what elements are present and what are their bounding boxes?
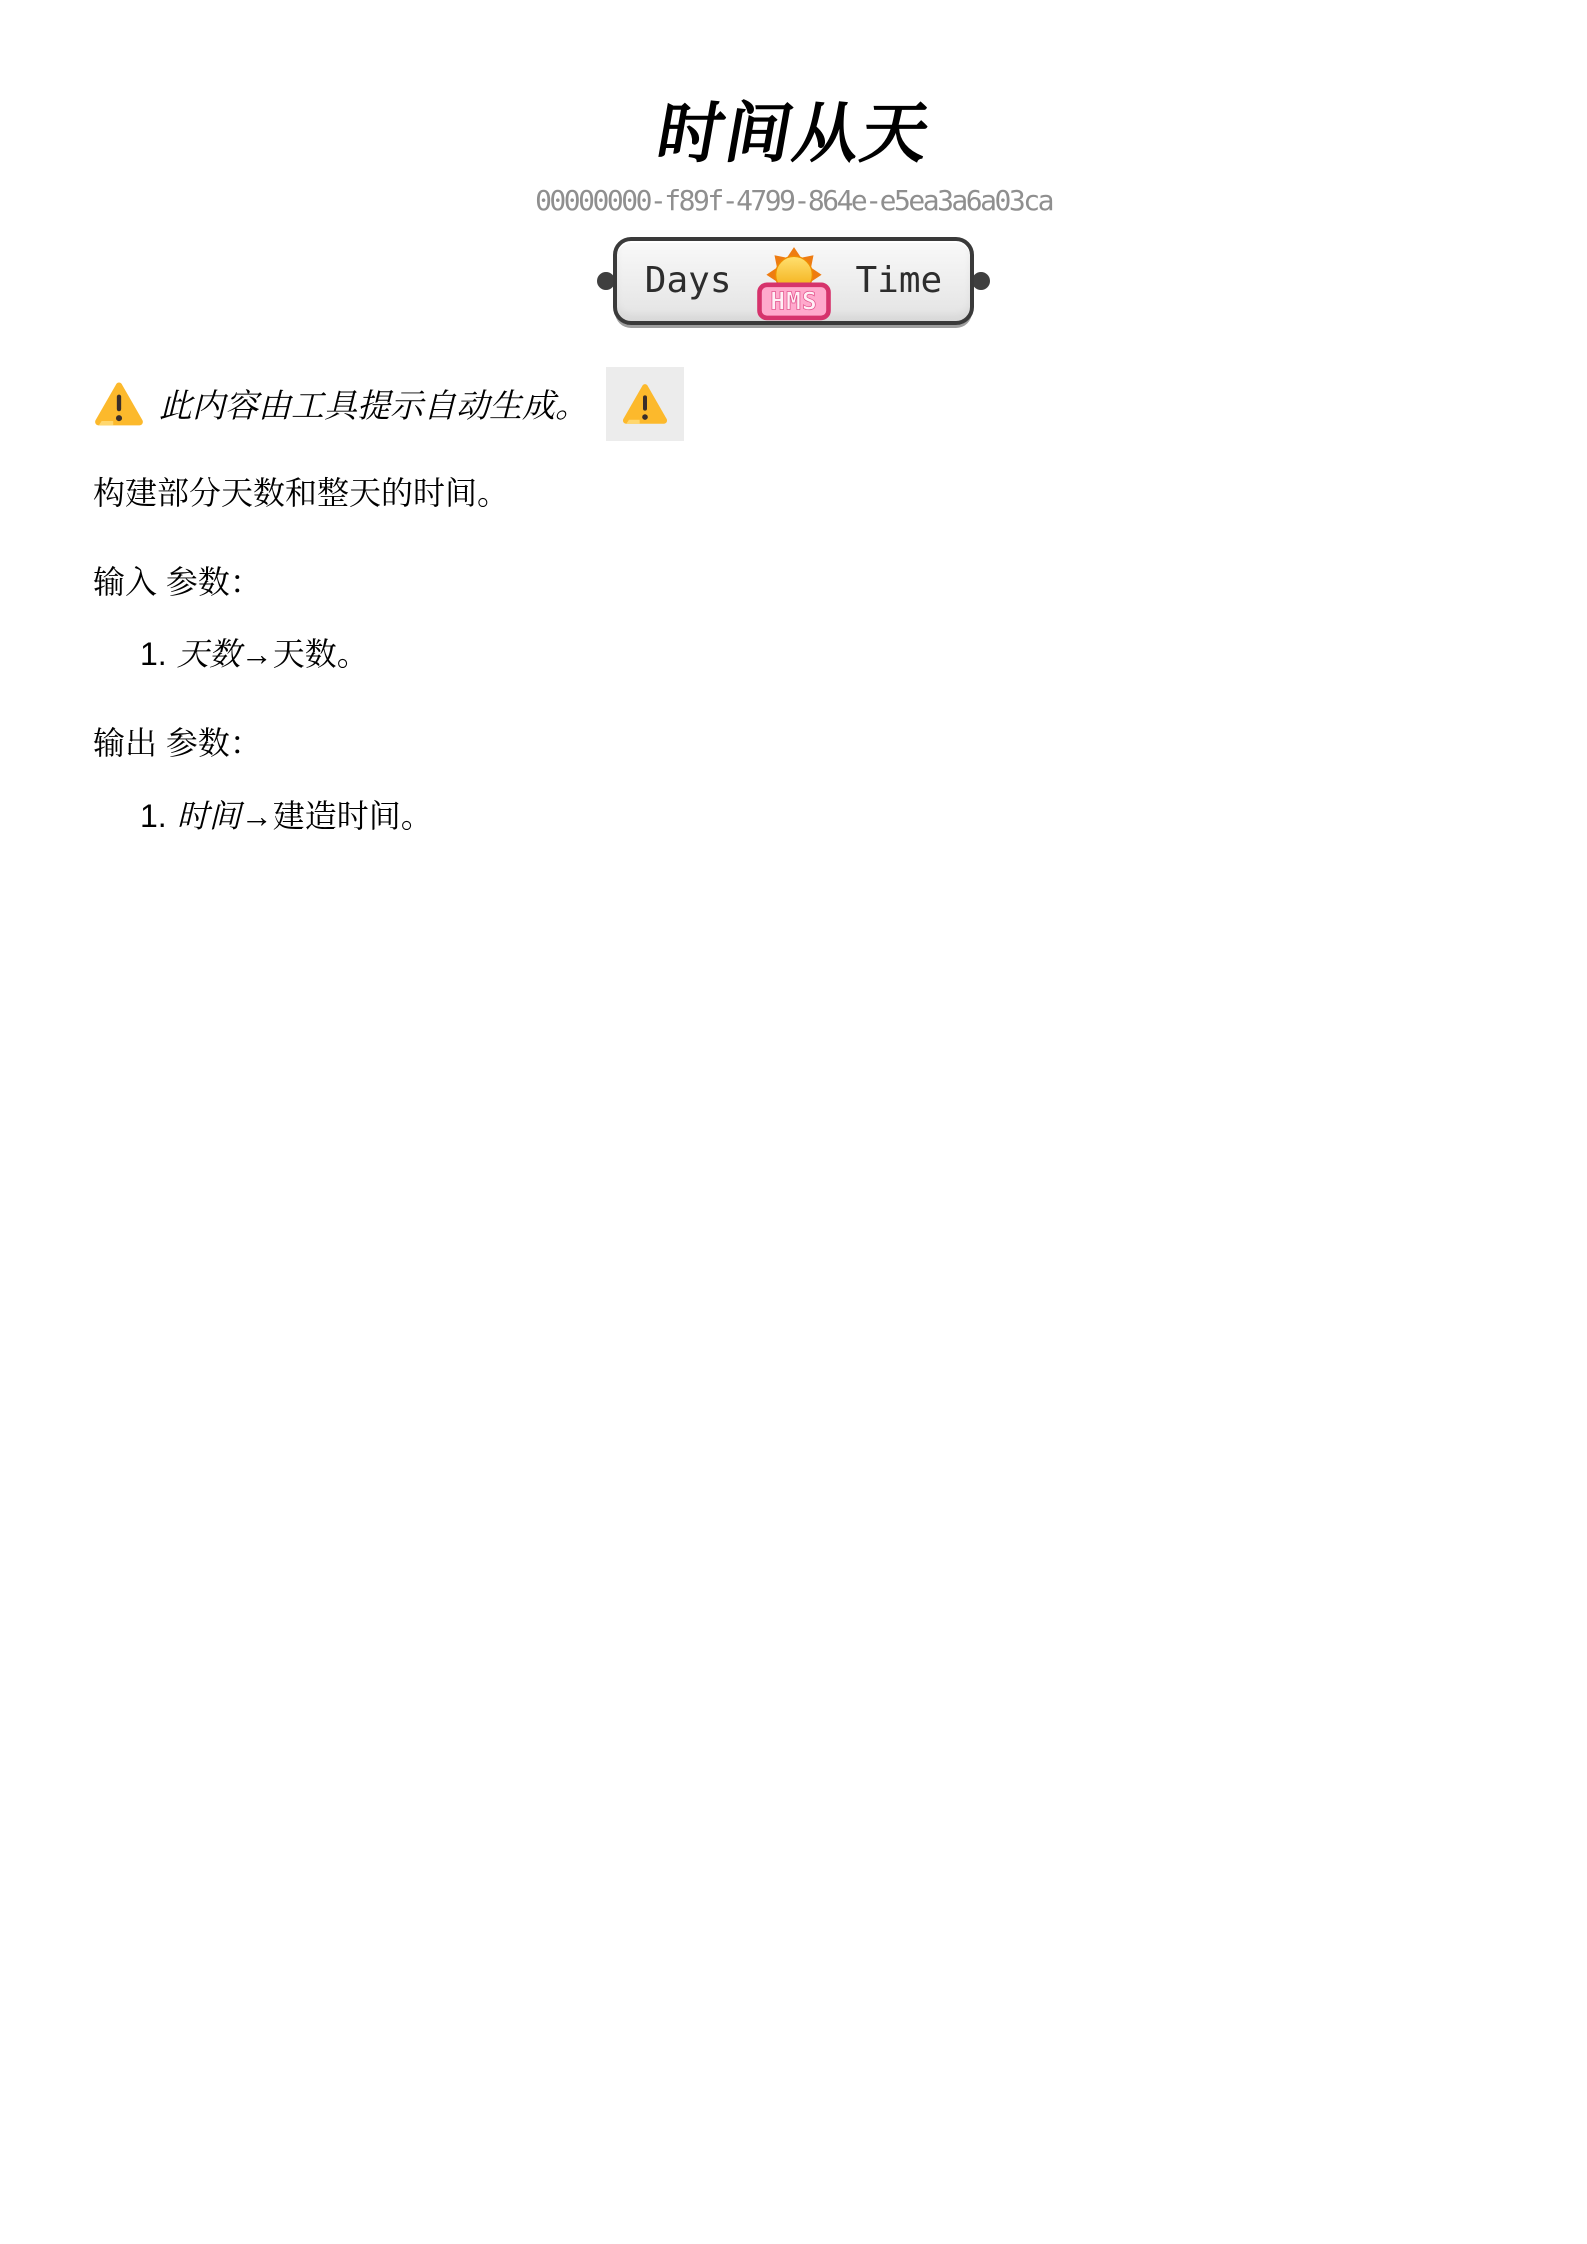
list-item: 1.时间→建造时间。 xyxy=(93,794,1494,839)
page-title: 时间从天 xyxy=(0,0,1587,172)
warning-text: 此内容由工具提示自动生成。 xyxy=(159,380,588,427)
output-params-list: 1.时间→建造时间。 xyxy=(93,794,1494,839)
input-port-label: Days xyxy=(645,260,732,301)
component-figure: Days HMS Time xyxy=(0,237,1587,325)
grasshopper-component: Days HMS Time xyxy=(613,237,974,325)
document-body: 此内容由工具提示自动生成。 构建部分天数和整天的时间。 输入 参数： 1.天数→… xyxy=(0,367,1587,839)
item-index: 1. xyxy=(140,636,167,672)
input-params-heading: 输入 参数： xyxy=(93,560,1494,605)
param-desc: 天数。 xyxy=(273,636,369,672)
param-desc: 建造时间。 xyxy=(273,798,433,834)
component-guid: 00000000-f89f-4799-864e-e5ea3a6a03ca xyxy=(0,184,1587,217)
arrow-glyph: → xyxy=(241,636,273,672)
output-connector xyxy=(972,272,990,290)
warning-image-box xyxy=(606,367,684,441)
warning-triangle-icon xyxy=(93,379,145,429)
param-name: 时间 xyxy=(177,798,241,834)
document-header: 时间从天 00000000-f89f-4799-864e-e5ea3a6a03c… xyxy=(0,0,1587,325)
output-port-label: Time xyxy=(856,260,943,301)
output-params-heading: 输出 参数： xyxy=(93,721,1494,766)
component-description: 构建部分天数和整天的时间。 xyxy=(93,471,1494,516)
arrow-glyph: → xyxy=(241,798,273,834)
input-params-list: 1.天数→天数。 xyxy=(93,632,1494,677)
warning-triangle-icon xyxy=(621,381,669,427)
component-capsule: Days HMS Time xyxy=(613,237,974,325)
sun-hms-icon: HMS xyxy=(748,243,840,323)
hms-badge-text: HMS xyxy=(770,287,818,316)
list-item: 1.天数→天数。 xyxy=(93,632,1494,677)
item-index: 1. xyxy=(140,798,167,834)
auto-generated-warning: 此内容由工具提示自动生成。 xyxy=(93,367,1494,441)
param-name: 天数 xyxy=(177,636,241,672)
